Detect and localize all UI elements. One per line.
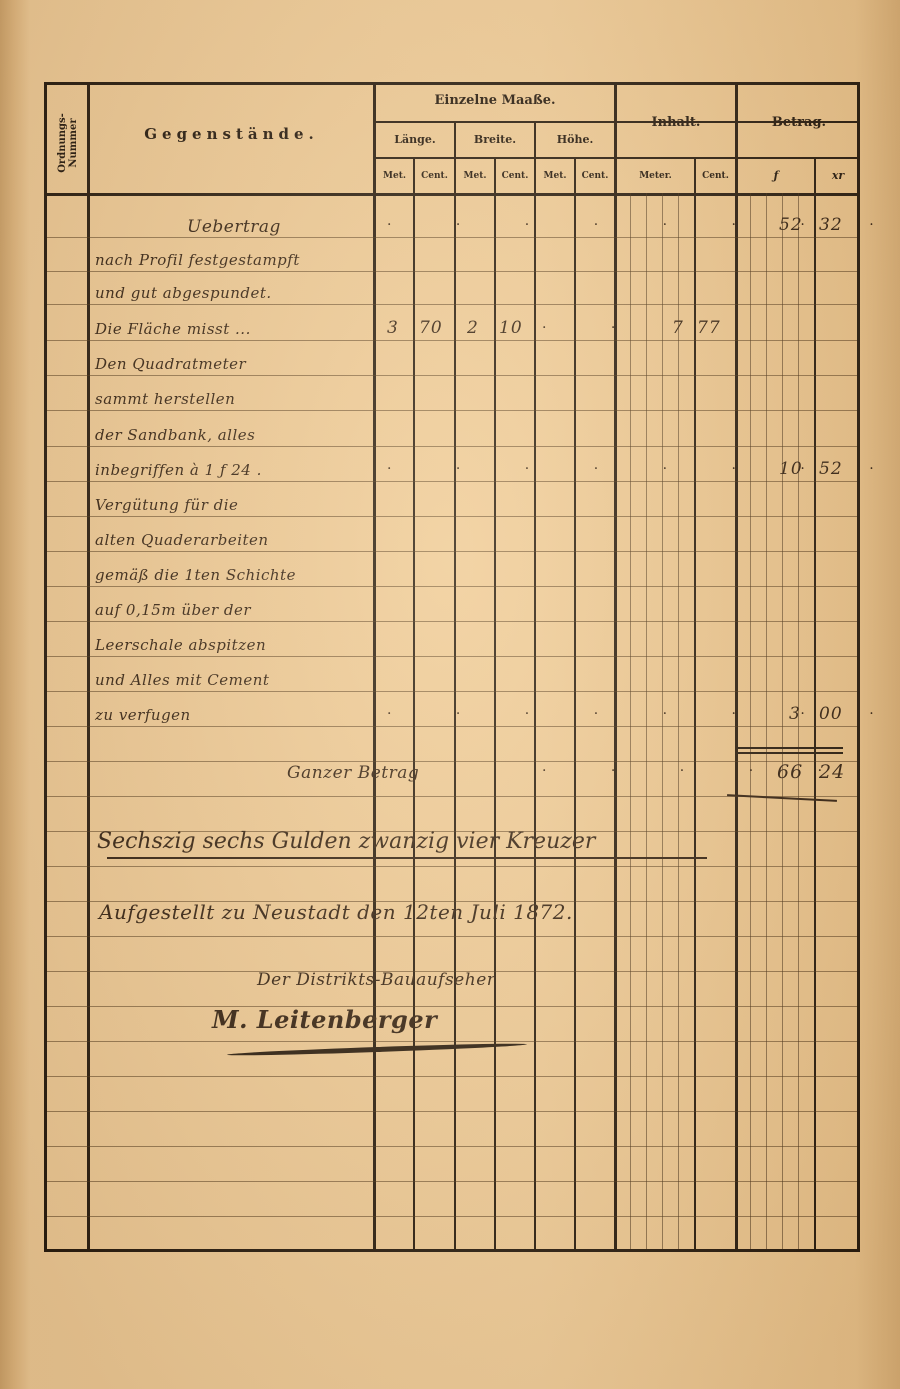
header-betrag: Betrag. <box>738 115 860 130</box>
header-cent: Cent. <box>696 171 735 181</box>
entry-line: alten Quaderarbeiten <box>95 531 269 549</box>
total-kreuzer: 24 <box>819 761 845 783</box>
column-rule <box>373 85 376 1249</box>
betrag-kreuzer: 52 <box>819 459 843 479</box>
column-rule <box>534 121 536 1249</box>
laenge-cent: 70 <box>419 318 443 338</box>
entry-line: der Sandbank, alles <box>95 426 255 444</box>
entry-line: Uebertrag <box>187 217 281 237</box>
betrag-kreuzer: 00 <box>819 704 843 724</box>
dot-leader: · · <box>542 320 645 336</box>
entry-line: und gut abgespundet. <box>95 284 272 302</box>
ledger-page: Ordnungs- Nummer Gegenstände. Einzelne M… <box>0 0 900 1389</box>
betrag-gulden: 3 <box>789 704 801 724</box>
entry-line: sammt herstellen <box>95 390 235 408</box>
header-kreuzer: xr <box>816 169 860 182</box>
sum-double-rule <box>737 747 843 754</box>
header-met: Met. <box>536 171 574 181</box>
column-rule <box>454 121 456 1249</box>
header-met: Met. <box>376 171 413 181</box>
column-rule <box>735 85 738 1249</box>
breite-met: 2 <box>467 318 479 338</box>
header-cent: Cent. <box>496 171 534 181</box>
entry-line: auf 0,15m über der <box>95 601 251 619</box>
signature-name: M. Leitenberger <box>212 1005 437 1034</box>
betrag-kreuzer: 32 <box>819 215 843 235</box>
entry-line: Den Quadratmeter <box>95 355 246 373</box>
header-einzelne-maasse: Einzelne Maaße. <box>376 93 614 108</box>
place-date: Aufgestellt zu Neustadt den 12ten Juli 1… <box>99 900 573 924</box>
inhalt-cent: 77 <box>697 318 721 338</box>
header-inhalt: Inhalt. <box>617 115 735 130</box>
header-breite: Breite. <box>456 133 534 146</box>
header-ordnungs-nummer: Ordnungs- Nummer <box>49 90 87 195</box>
header-meter: Meter. <box>617 171 694 181</box>
entry-line: gemäß die 1ten Schichte <box>95 566 296 584</box>
header-cent: Cent. <box>576 171 614 181</box>
dot-leader: · · · · · <box>542 763 852 779</box>
ledger-table: Ordnungs- Nummer Gegenstände. Einzelne M… <box>44 82 860 1252</box>
laenge-met: 3 <box>387 318 399 338</box>
header-met: Met. <box>456 171 494 181</box>
inhalt-meter: 7 <box>672 318 684 338</box>
betrag-gulden: 10 <box>779 459 803 479</box>
entry-line: Leerschale abspitzen <box>95 636 266 654</box>
entry-line: zu verfugen <box>95 706 191 724</box>
entry-line: inbegriffen à 1 ƒ 24 . <box>95 461 262 479</box>
entry-line: Die Fläche misst ... <box>95 320 251 338</box>
entry-line: und Alles mit Cement <box>95 671 269 689</box>
amount-in-words: Sechszig sechs Gulden zwanzig vier Kreuz… <box>97 829 595 854</box>
signature-underline <box>227 1042 527 1057</box>
column-rule <box>87 85 90 1249</box>
total-gulden: 66 <box>777 761 803 783</box>
header-laenge: Länge. <box>376 133 454 146</box>
total-label: Ganzer Betrag <box>287 763 419 783</box>
entry-line: Vergütung für die <box>95 496 238 514</box>
betrag-gulden: 52 <box>779 215 803 235</box>
entry-line: nach Profil festgestampft <box>95 251 300 269</box>
header-gegenstaende: Gegenstände. <box>90 125 373 143</box>
signature-title: Der Distrikts-Bauaufseher <box>257 970 495 990</box>
header-hoehe: Höhe. <box>536 133 614 146</box>
column-rule <box>614 85 617 1249</box>
header-gulden: ƒ <box>738 169 814 182</box>
breite-cent: 10 <box>499 318 523 338</box>
header-cent: Cent. <box>415 171 454 181</box>
